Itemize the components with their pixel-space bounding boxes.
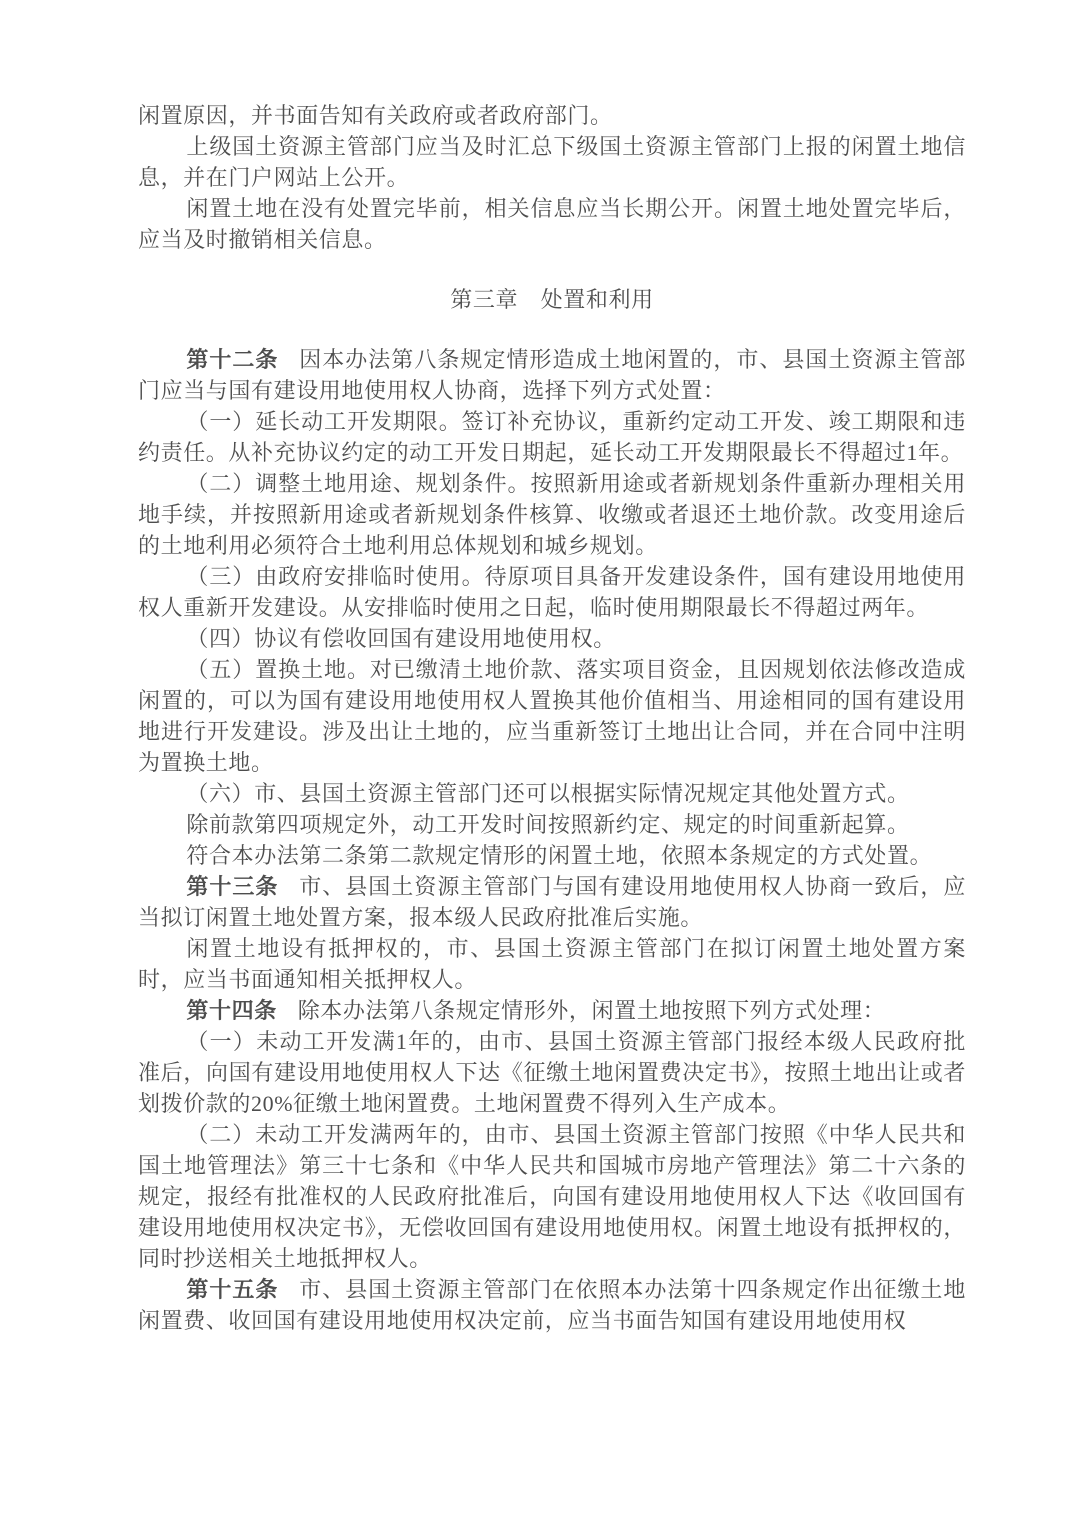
body-paragraph: （三）由政府安排临时使用。待原项目具备开发建设条件，国有建设用地使用权人重新开发… bbox=[138, 561, 966, 623]
chapter-heading: 第三章 处置和利用 bbox=[138, 284, 966, 315]
body-paragraph: 上级国土资源主管部门应当及时汇总下级国土资源主管部门上报的闲置土地信息，并在门户… bbox=[138, 131, 966, 193]
body-paragraph: （二）未动工开发满两年的，由市、县国土资源主管部门按照《中华人民共和国土地管理法… bbox=[138, 1119, 966, 1274]
body-paragraph: （一）未动工开发满1年的，由市、县国土资源主管部门报经本级人民政府批准后，向国有… bbox=[138, 1026, 966, 1119]
document-page: 闲置原因，并书面告知有关政府或者政府部门。上级国土资源主管部门应当及时汇总下级国… bbox=[0, 0, 1074, 1520]
article-number: 第十五条 bbox=[186, 1277, 278, 1302]
article-paragraph: 第十四条除本办法第八条规定情形外，闲置土地按照下列方式处理： bbox=[138, 995, 966, 1026]
body-paragraph: （二）调整土地用途、规划条件。按照新用途或者新规划条件重新办理相关用地手续，并按… bbox=[138, 468, 966, 561]
body-paragraph: （六）市、县国土资源主管部门还可以根据实际情况规定其他处置方式。 bbox=[138, 778, 966, 809]
body-paragraph: 除前款第四项规定外，动工开发时间按照新约定、规定的时间重新起算。 bbox=[138, 809, 966, 840]
body-paragraph: 闲置土地在没有处置完毕前，相关信息应当长期公开。闲置土地处置完毕后，应当及时撤销… bbox=[138, 193, 966, 255]
article-paragraph: 第十二条因本办法第八条规定情形造成土地闲置的，市、县国土资源主管部门应当与国有建… bbox=[138, 344, 966, 406]
body-paragraph: 闲置土地设有抵押权的，市、县国土资源主管部门在拟订闲置土地处置方案时，应当书面通… bbox=[138, 933, 966, 995]
article-number: 第十四条 bbox=[186, 998, 276, 1023]
article-paragraph: 第十五条市、县国土资源主管部门在依照本办法第十四条规定作出征缴土地闲置费、收回国… bbox=[138, 1274, 966, 1336]
document-body: 闲置原因，并书面告知有关政府或者政府部门。上级国土资源主管部门应当及时汇总下级国… bbox=[138, 100, 966, 1336]
article-paragraph: 第十三条市、县国土资源主管部门与国有建设用地使用权人协商一致后，应当拟订闲置土地… bbox=[138, 871, 966, 933]
article-number: 第十三条 bbox=[186, 874, 278, 899]
body-paragraph: （一）延长动工开发期限。签订补充协议，重新约定动工开发、竣工期限和违约责任。从补… bbox=[138, 406, 966, 468]
body-paragraph: 符合本办法第二条第二款规定情形的闲置土地，依照本条规定的方式处置。 bbox=[138, 840, 966, 871]
body-paragraph: （五）置换土地。对已缴清土地价款、落实项目资金，且因规划依法修改造成闲置的，可以… bbox=[138, 654, 966, 778]
body-paragraph: （四）协议有偿收回国有建设用地使用权。 bbox=[138, 623, 966, 654]
body-paragraph: 闲置原因，并书面告知有关政府或者政府部门。 bbox=[138, 100, 966, 131]
article-number: 第十二条 bbox=[186, 347, 278, 372]
article-text: 除本办法第八条规定情形外，闲置土地按照下列方式处理： bbox=[298, 998, 886, 1023]
